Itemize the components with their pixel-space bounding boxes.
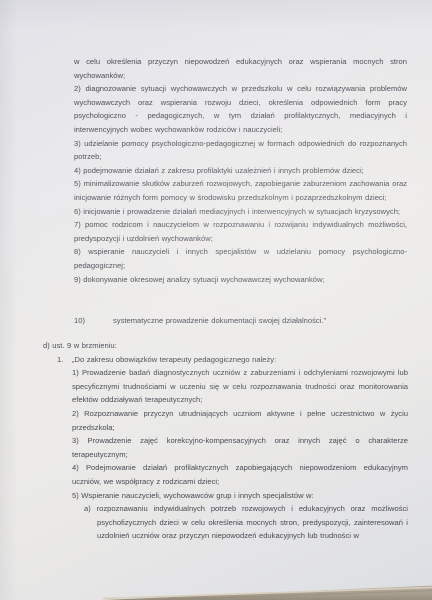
paper-edge-highlight (0, 0, 432, 600)
photographed-document: w celu określenia przyczyn niepowodzeń e… (0, 0, 432, 600)
